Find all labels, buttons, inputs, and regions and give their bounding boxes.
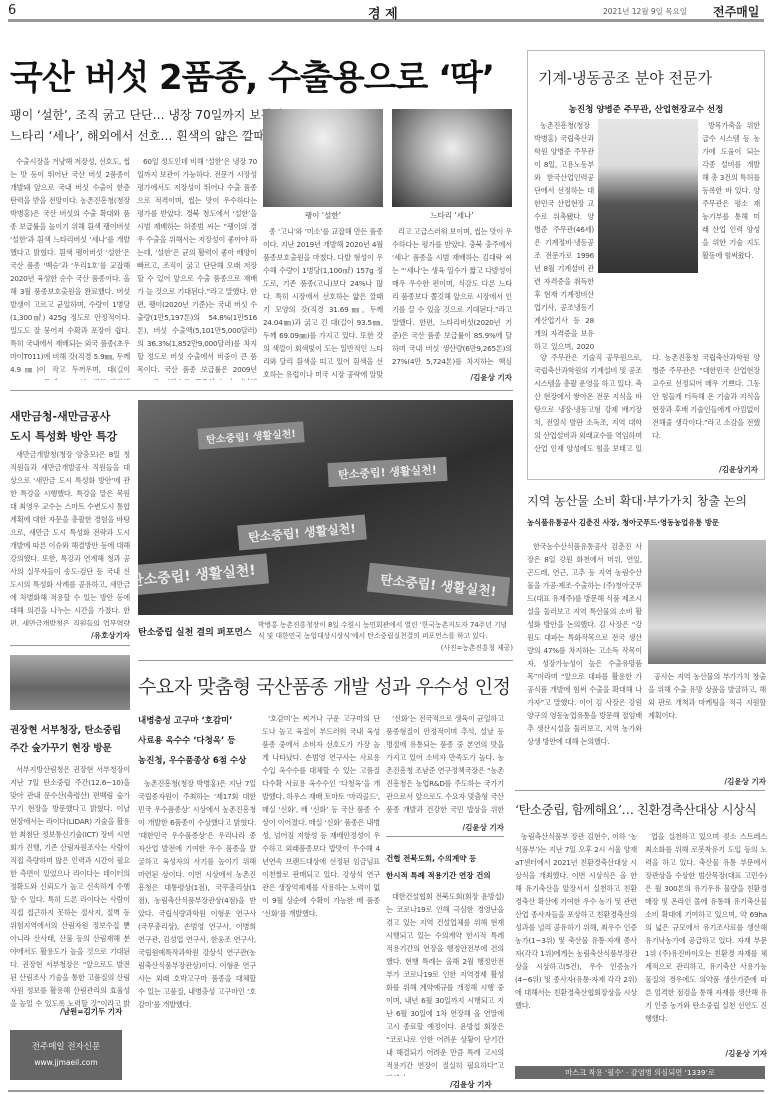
- paper-name: 전주매일: [713, 3, 759, 20]
- saemangeum-body: 새만금개발청(청장 양충모)은 8일 청 직원들과 새만금개발공사 직원들을 대…: [10, 448, 130, 626]
- forest-headline-2: 주간 숲가꾸기 현장 방문: [10, 740, 112, 754]
- banner-sign: 탄소중립! 생활실천!: [197, 421, 304, 449]
- banner-sign: 탄소중립! 생활실천!: [138, 554, 269, 597]
- variety-subhead-2: 사료용 옥수수 ‘다청옥’ 등: [138, 734, 235, 746]
- saemangeum-byline: /유호상기자: [10, 630, 130, 641]
- photo-forest-site-visit: [10, 655, 130, 710]
- caption-seolhan: 팽이 ‘설한’: [263, 210, 383, 221]
- masthead: 6 경 제 2021년 12월 9일 목요일 전주매일: [8, 0, 764, 22]
- ad-title: 전주매일 전자신문: [10, 1040, 122, 1052]
- ad-url[interactable]: www.jjmaeil.com: [10, 1058, 122, 1067]
- expert-subhead: 농진청 양병준 주무관, 산업현장교수 선정: [528, 103, 764, 115]
- forest-headline-1: 권장현 서부청장, 탄소중립: [10, 722, 121, 736]
- local-food-col-2: 공사는 지역 농산물의 부가가치 창출을 위해 수출 유망 상품을 발굴하고, …: [648, 670, 766, 772]
- issue-date: 2021년 12월 9일 목요일: [603, 6, 687, 17]
- expert-box: 기계-냉동공조 분야 전문가 농진청 양병준 주무관, 산업현장교수 선정 농촌…: [527, 50, 765, 480]
- construction-headline-1: 건협 전북도회, 수의계약 등: [386, 853, 476, 864]
- expert-byline: /김윤상기자: [648, 464, 758, 475]
- main-subhead-2: 느타리 ‘세나’, 해외에서 선호… 흰색의 얇은 깔때기 모양: [10, 127, 304, 144]
- eco-livestock-col-1: 농림축산식품부 장관 김현수, 이하 ‘농식품부’)는 지난 7일 오후 2시 …: [515, 830, 637, 1075]
- photo-food-factory-visit: [648, 540, 766, 664]
- divider: [10, 645, 130, 646]
- main-byline: /김윤상 기자: [392, 372, 512, 383]
- expert-col-3: 양 주무관은 기술직 공무원으로, 국립축산과학원의 기계설비 및 공조 시스템…: [534, 351, 760, 461]
- caption-sena: 느타리 ‘세나’: [392, 210, 512, 221]
- saemangeum-headline-2: 도시 특성화 방안 특강: [10, 428, 117, 444]
- e-paper-ad[interactable]: 전주매일 전자신문 www.jjmaeil.com: [10, 1030, 122, 1080]
- bottom-rule: [8, 1090, 764, 1092]
- local-food-headline: 지역 농산물 소비 확대·부가가치 창출 논의: [527, 492, 767, 509]
- variety-subhead-1: 내병충성 고구마 ‘호감미’: [138, 714, 233, 726]
- main-col-2: 60일 정도인데 비해 ‘설한’은 냉장 70일까지 보관이 가능하다. 전문가…: [137, 155, 257, 380]
- eco-livestock-byline: /김윤상 기자: [645, 1048, 767, 1059]
- banner-sign: 탄소중립! 생활실천!: [367, 563, 510, 607]
- expert-headline: 기계-냉동공조 분야 전문가: [538, 67, 712, 88]
- construction-byline: /김윤상 기자: [450, 1079, 492, 1090]
- variety-subhead-3: 농진청, 우수품종상 6점 수상: [138, 754, 246, 766]
- main-col-3: 종 ‘고니’와 ‘미소’를 교잡해 만든 품종이다. 지난 2019년 개발해 …: [263, 225, 383, 380]
- photo-feature-title: 탄소중립 실천 결의 퍼포먼스: [138, 625, 252, 638]
- eco-livestock-headline: ‘탄소중립, 함께해요’… 친환경축산대상 시상식: [515, 800, 767, 818]
- local-food-byline: /김윤상 기자: [648, 776, 766, 787]
- divider: [10, 390, 513, 391]
- variety-col-3: ‘신화’는 전국적으로 생육이 균일하고 품종형질이 안정적이며 추석, 설날 …: [386, 712, 504, 818]
- photo-expert-award: [598, 119, 698, 273]
- divider: [138, 660, 513, 661]
- photo-sena-mushroom: [392, 109, 512, 207]
- photo-feature-caption: 박병홍 농촌진흥청장이 8일 수원시 농민회관에서 열린 ‘한국농촌지도자 74…: [258, 620, 513, 642]
- construction-body: 대한건설협회 전북도회(회장 윤방섭)는 코로나19로 인해 극심한 경영난을 …: [386, 890, 504, 1076]
- forest-body: 서부지방산림청은 권장현 서부청장이 지난 7일 탄소중립 주간(12.6~10…: [10, 763, 130, 1011]
- saemangeum-headline-1: 새만금청-새만금공사: [10, 408, 110, 424]
- main-col-4: 리고 고급스러워 보이며, 씹는 맛이 우수하다는 평가를 받았다. 충북 충주…: [392, 225, 512, 370]
- main-headline: 국산 버섯 2품종, 수출용으로 ‘딱’: [10, 50, 494, 99]
- forest-byline: /남원=김기두 기자: [60, 1006, 122, 1017]
- notice-bar: 마스크 착용 ‘필수’ · 감염병 의심되면 ‘1339’로: [515, 1066, 765, 1079]
- divider: [515, 790, 765, 791]
- page-number: 6: [8, 3, 16, 18]
- local-food-subhead: 농식품유통공사 김춘진 사장, 청아굿푸드·영동농업유통 방문: [527, 518, 719, 528]
- photo-carbon-neutral-performance: 탄소중립! 생활실천! 탄소중립! 생활실천! 탄소중립! 생활실천! 탄소중립…: [138, 400, 513, 615]
- variety-headline: 수요자 맞춤형 국산품종 개발 성과 우수성 인정: [138, 672, 510, 699]
- main-col-1: 수출시장을 겨냥해 저장성, 선호도, 씹는 맛 등이 뛰어난 국산 버섯 2품…: [10, 155, 130, 380]
- main-subhead-1: 팽이 ‘설한’, 조직 굵고 단단… 냉장 70일까지 보관가능: [10, 106, 296, 123]
- expert-col-1: 농촌진흥청(청장 박병홍) 국립축산과학원 양병준 주무관이 8일, 고용노동부…: [534, 119, 594, 351]
- photo-seolhan-mushroom: [263, 109, 383, 207]
- photo-feature-credit: (사진=농촌진흥청 제공): [400, 642, 513, 652]
- banner-sign: 탄소중립! 생활실천!: [327, 457, 447, 487]
- variety-col-2: ‘호감미’는 찌거나 구운 고구마의 단도나 높고 육질이 부드러워 국내 육성…: [262, 712, 380, 1077]
- divider: [386, 836, 504, 837]
- variety-byline: /김윤상 기자: [386, 822, 504, 833]
- banner-sign: 탄소중립! 생활실천!: [237, 514, 367, 550]
- section-title: 경 제: [368, 3, 398, 22]
- local-food-col-1: 한국농수산식품유통공사 김춘진 사장은 8일 강원 화천에서 머위, 연잎, 곤…: [527, 540, 642, 772]
- variety-col-1: 농촌진흥청(청장 박병홍)은 지난 7일 국립종자원이 주최하는 ‘제17회 대…: [138, 777, 256, 1077]
- expert-col-2: 방목가축을 위한 급수 시스템 등 농가에 도움이 되는 각종 설비를 개발해 …: [702, 119, 760, 351]
- eco-livestock-col-2: 업을 실천하고 있으며 젖소 스트레스 최소화를 위해 로봇착유기 도입 등의 …: [645, 830, 767, 1045]
- construction-headline-2: 한시적 특례 적용기간 연장 건의: [386, 870, 491, 881]
